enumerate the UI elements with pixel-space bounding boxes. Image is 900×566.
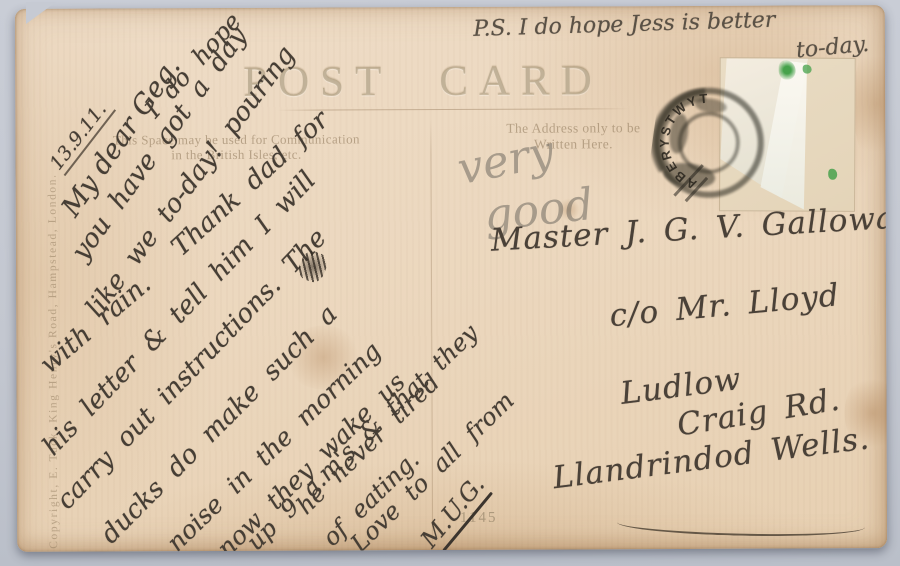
stamp-fragment-green	[779, 60, 796, 79]
postcard-back: POST CARD This Space may be used for Com…	[15, 5, 887, 552]
postmark-cancellation: ABERYSTWYTH	[635, 72, 784, 221]
publisher-imprint: Copyright, E. Tuck, King Henry's Road, H…	[46, 61, 60, 549]
scanned-postcard-scene: POST CARD This Space may be used for Com…	[0, 0, 900, 566]
stamp-fragment-green	[828, 169, 837, 180]
stamp-fragment-green	[803, 65, 812, 74]
